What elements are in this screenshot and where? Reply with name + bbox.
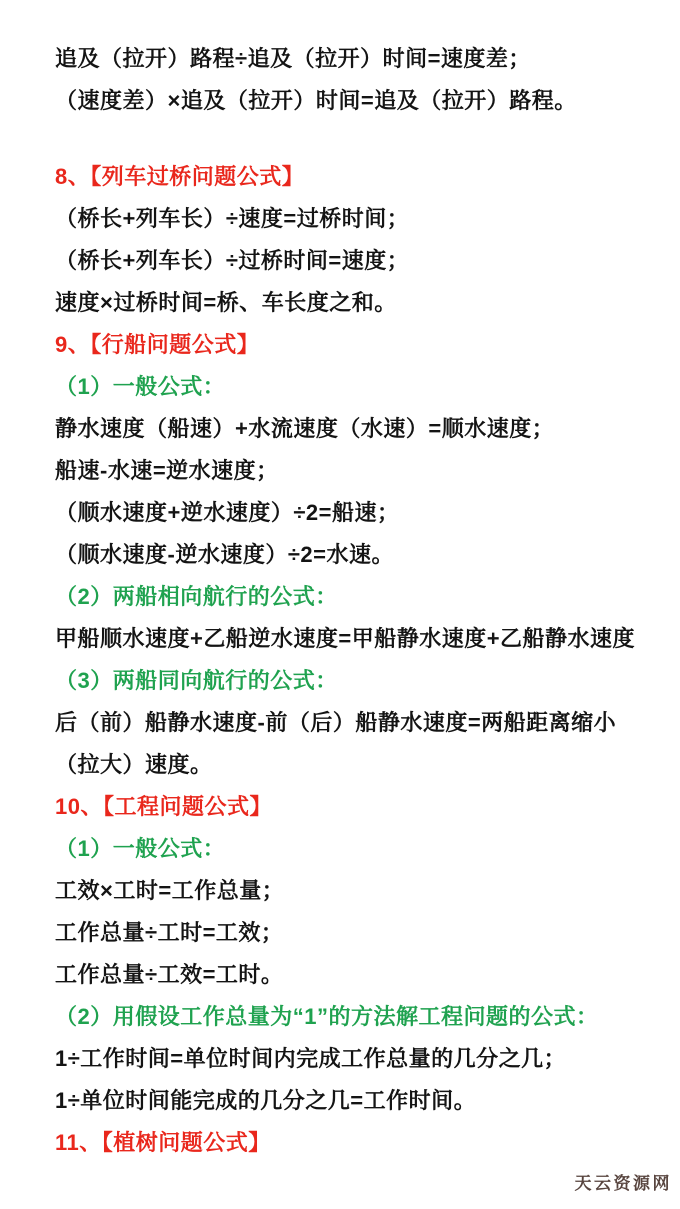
section-heading: 9、【行船问题公式】 bbox=[55, 324, 661, 366]
subsection-heading: （1）一般公式： bbox=[55, 366, 661, 408]
subsection-heading: （2）两船相向航行的公式： bbox=[55, 576, 661, 618]
formula-line: 工作总量÷工效=工时。 bbox=[55, 954, 661, 996]
formula-line: （顺水速度+逆水速度）÷2=船速； bbox=[55, 492, 661, 534]
formula-line: 静水速度（船速）+水流速度（水速）=顺水速度； bbox=[55, 408, 661, 450]
section-heading: 10、【工程问题公式】 bbox=[55, 786, 661, 828]
formula-line: 后（前）船静水速度-前（后）船静水速度=两船距离缩小（拉大）速度。 bbox=[55, 702, 661, 786]
formula-line: 1÷单位时间能完成的几分之几=工作时间。 bbox=[55, 1080, 661, 1122]
formula-line: （桥长+列车长）÷过桥时间=速度； bbox=[55, 240, 661, 282]
section-heading: 8、【列车过桥问题公式】 bbox=[55, 156, 661, 198]
formula-line: 工作总量÷工时=工效； bbox=[55, 912, 661, 954]
formula-line: 工效×工时=工作总量； bbox=[55, 870, 661, 912]
formula-text-block: 追及（拉开）路程÷追及（拉开）时间=速度差；（速度差）×追及（拉开）时间=追及（… bbox=[55, 38, 661, 1164]
formula-line: 1÷工作时间=单位时间内完成工作总量的几分之几； bbox=[55, 1038, 661, 1080]
formula-line: 速度×过桥时间=桥、车长度之和。 bbox=[55, 282, 661, 324]
formula-line: 船速-水速=逆水速度； bbox=[55, 450, 661, 492]
formula-line: （顺水速度-逆水速度）÷2=水速。 bbox=[55, 534, 661, 576]
formula-line: 甲船顺水速度+乙船逆水速度=甲船静水速度+乙船静水速度 bbox=[55, 618, 661, 660]
section-heading: 11、【植树问题公式】 bbox=[55, 1122, 661, 1164]
formula-line: （速度差）×追及（拉开）时间=追及（拉开）路程。 bbox=[55, 80, 661, 122]
watermark-text: 天云资源网 bbox=[575, 1169, 673, 1194]
document-page: 追及（拉开）路程÷追及（拉开）时间=速度差；（速度差）×追及（拉开）时间=追及（… bbox=[0, 0, 680, 1209]
subsection-heading: （2）用假设工作总量为“1”的方法解工程问题的公式： bbox=[55, 996, 661, 1038]
subsection-heading: （3）两船同向航行的公式： bbox=[55, 660, 661, 702]
formula-line: （桥长+列车长）÷速度=过桥时间； bbox=[55, 198, 661, 240]
subsection-heading: （1）一般公式： bbox=[55, 828, 661, 870]
formula-line: 追及（拉开）路程÷追及（拉开）时间=速度差； bbox=[55, 38, 661, 80]
